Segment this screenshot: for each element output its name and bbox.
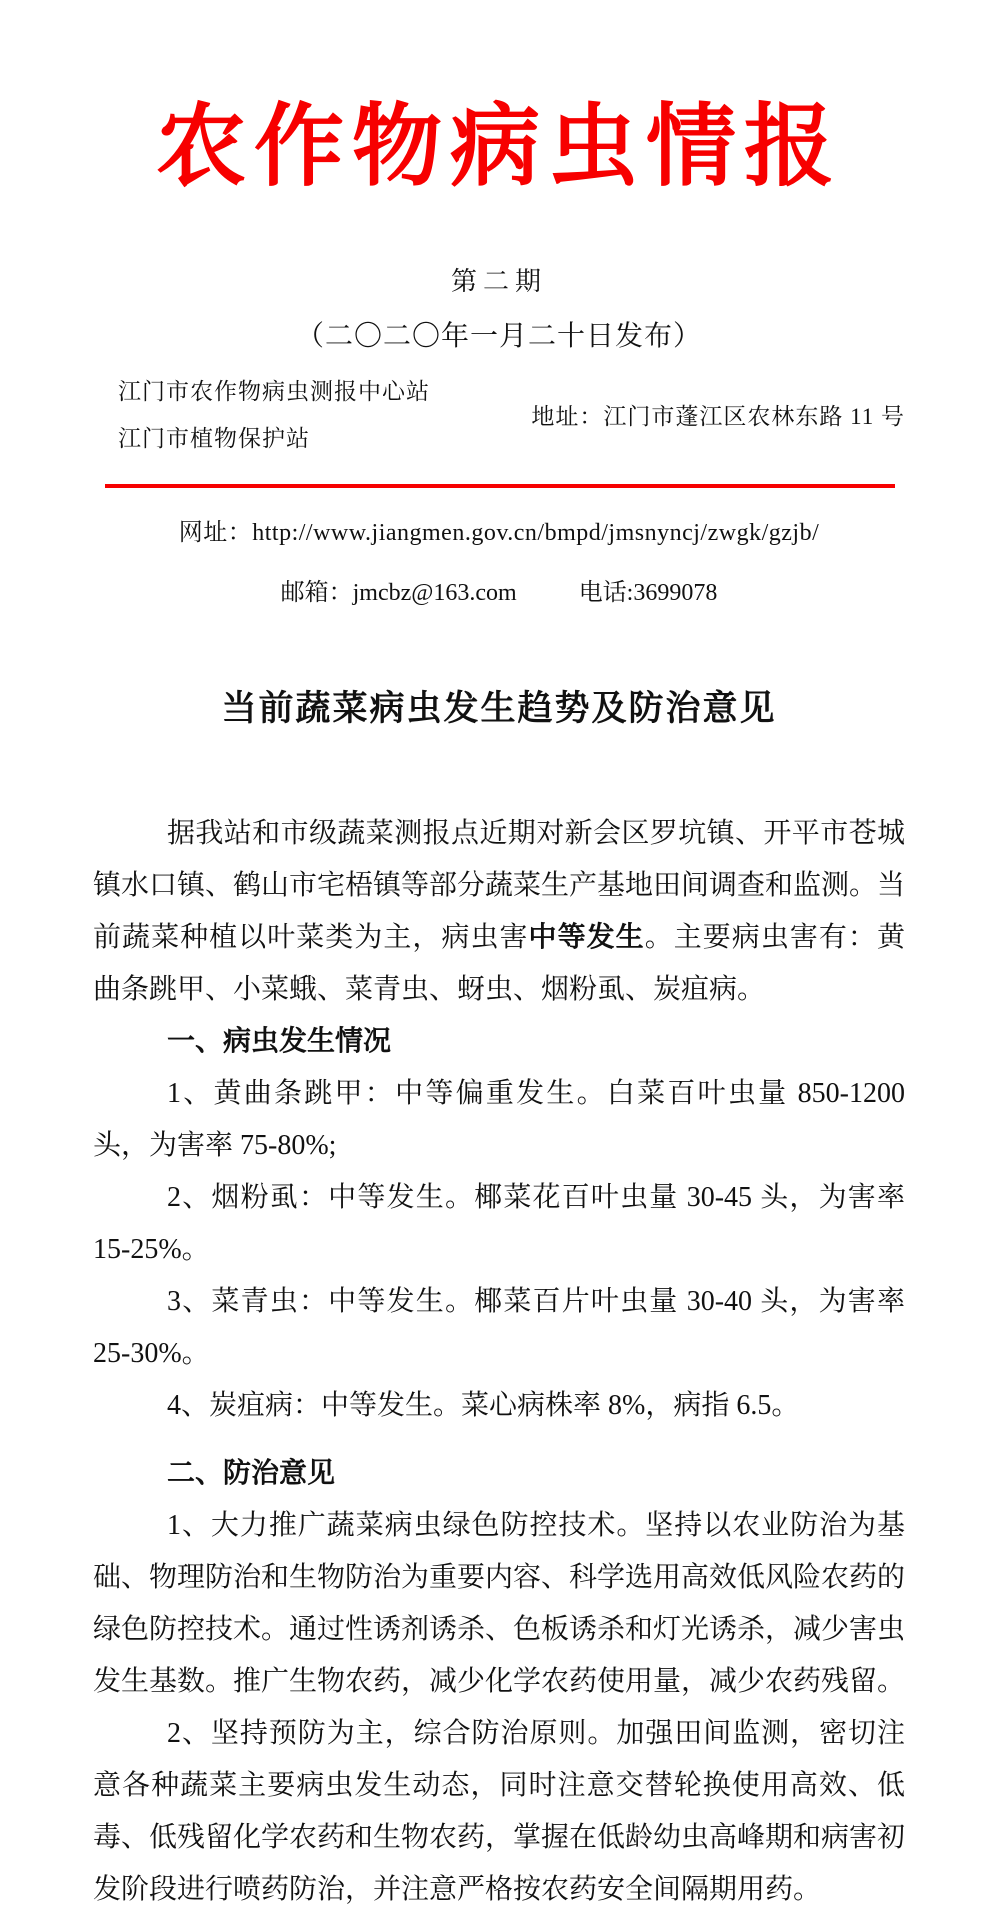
org-name-1: 江门市农作物病虫测报中心站 xyxy=(118,368,430,415)
section-2-heading: 二、防治意见 xyxy=(93,1448,905,1500)
pest-item-3: 3、菜青虫：中等发生。椰菜百片叶虫量 30-40 头，为害率 25-30%。 xyxy=(93,1276,905,1380)
control-item-1: 1、大力推广蔬菜病虫绿色防控技术。坚持以农业防治为基础、物理防治和生物防治为重要… xyxy=(93,1500,905,1708)
control-item-2: 2、坚持预防为主，综合防治原则。加强田间监测，密切注意各种蔬菜主要病虫发生动态，… xyxy=(93,1708,905,1916)
contact-line: 邮箱：jmcbz@163.com电话:3699078 xyxy=(93,572,905,607)
article-title: 当前蔬菜病虫发生趋势及防治意见 xyxy=(93,681,905,731)
pest-item-2: 2、烟粉虱：中等发生。椰菜花百叶虫量 30-45 头，为害率 15-25%。 xyxy=(93,1172,905,1276)
publish-date: （二〇二〇年一月二十日发布） xyxy=(93,314,905,354)
phone-number: 电话:3699078 xyxy=(579,580,718,606)
intro-text-emphasis: 中等发生 xyxy=(529,922,645,953)
article-body: 据我站和市级蔬菜测报点近期对新会区罗坑镇、开平市苍城镇水口镇、鹤山市宅梧镇等部分… xyxy=(93,808,905,1916)
bulletin-page: 农作物病虫情报 第二期 （二〇二〇年一月二十日发布） 江门市农作物病虫测报中心站… xyxy=(0,0,1000,1924)
org-name-2: 江门市植物保护站 xyxy=(118,415,430,462)
website-url: 网址：http://www.jiangmen.gov.cn/bmpd/jmsny… xyxy=(93,512,905,547)
pest-item-4: 4、炭疽病：中等发生。菜心病株率 8%，病指 6.5。 xyxy=(93,1380,905,1432)
issue-number: 第二期 xyxy=(93,261,905,298)
publisher-orgs: 江门市农作物病虫测报中心站 江门市植物保护站 xyxy=(93,368,430,462)
intro-paragraph: 据我站和市级蔬菜测报点近期对新会区罗坑镇、开平市苍城镇水口镇、鹤山市宅梧镇等部分… xyxy=(93,808,905,1016)
red-divider-rule xyxy=(105,484,895,488)
publisher-row: 江门市农作物病虫测报中心站 江门市植物保护站 地址：江门市蓬江区农林东路 11 … xyxy=(93,368,905,462)
publisher-address: 地址：江门市蓬江区农林东路 11 号 xyxy=(531,398,905,431)
masthead-title: 农作物病虫情报 xyxy=(93,93,905,203)
pest-item-1: 1、黄曲条跳甲：中等偏重发生。白菜百叶虫量 850-1200 头，为害率 75-… xyxy=(93,1068,905,1172)
section-1-heading: 一、病虫发生情况 xyxy=(93,1016,905,1068)
email-address: 邮箱：jmcbz@163.com xyxy=(281,580,517,606)
